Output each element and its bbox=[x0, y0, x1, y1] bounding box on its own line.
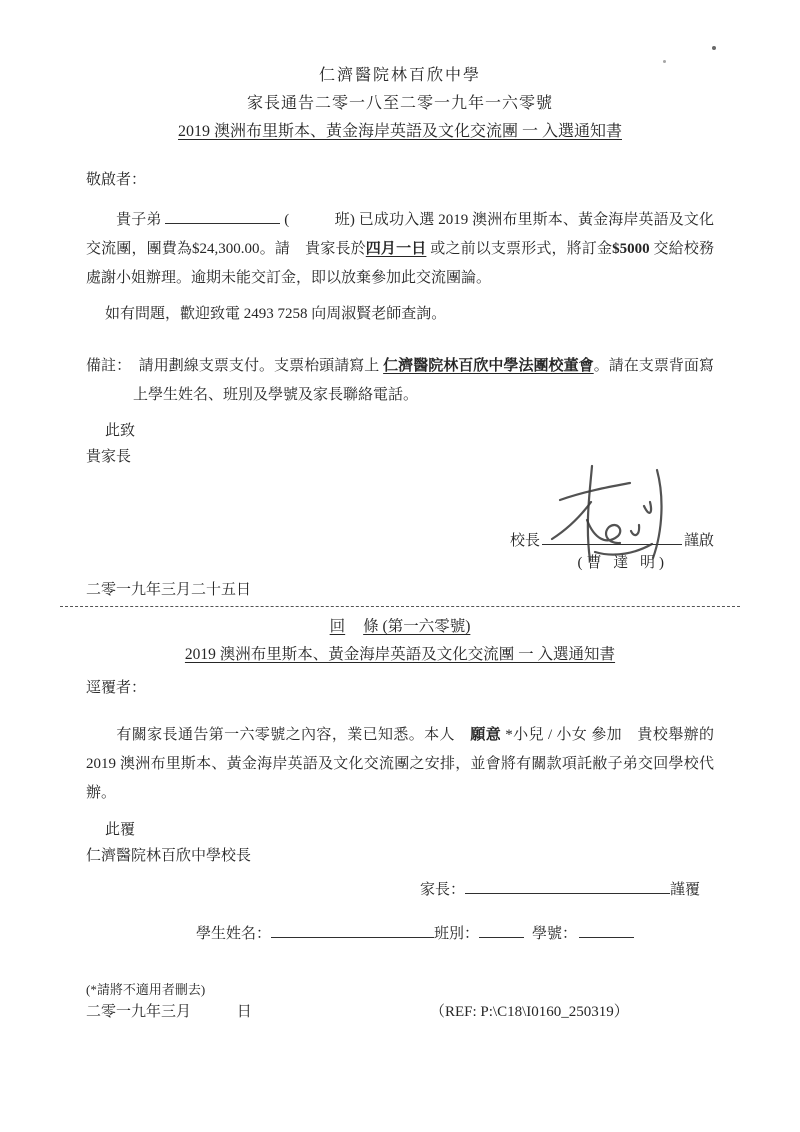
class-field-blank bbox=[479, 923, 524, 938]
para1-class-word: 班) bbox=[289, 212, 359, 228]
parent-signature-row: 家長： 謹覆 bbox=[86, 879, 700, 901]
closing-this-to: 此致 bbox=[86, 418, 714, 444]
student-info-row: 學生姓名： 班別： 學號： bbox=[196, 923, 714, 945]
reply-seg-a: 有關家長通告第一六零號之內容，業已知悉。本人 bbox=[116, 727, 470, 743]
school-name: 仁濟醫院林百欣中學 bbox=[86, 66, 714, 85]
reply-closing-block: 此覆 仁濟醫院林百欣中學校長 bbox=[86, 817, 714, 869]
principal-sign-off: 謹啟 bbox=[684, 531, 714, 551]
payment-deadline: 四月一日 bbox=[366, 241, 427, 257]
willing-word: 願意 bbox=[470, 727, 501, 743]
reply-date-prefix: 二零一九年三月 bbox=[86, 1004, 191, 1020]
enquiry-line: 如有問題，歡迎致電 2493 7258 向周淑賢老師查詢。 bbox=[86, 305, 714, 324]
remarks: 備註： 請用劃線支票支付。支票枱頭請寫上 仁濟醫院林百欣中學法團校董會。請在支票… bbox=[86, 352, 714, 410]
closing-recipient: 貴家長 bbox=[86, 444, 714, 470]
scan-speck bbox=[663, 60, 666, 63]
principal-handwritten-signature bbox=[540, 460, 690, 565]
principal-signature-line bbox=[542, 530, 682, 545]
notice-content: 仁濟醫院林百欣中學 家長通告二零一八至二零一九年一六零號 2019 澳洲布里斯本… bbox=[0, 0, 800, 1022]
reply-slip-title-text: 2019 澳洲布里斯本、黃金海岸英語及文化交流團 一 入選通知書 bbox=[185, 646, 615, 663]
closing-block: 此致 貴家長 bbox=[86, 418, 714, 470]
notice-title: 2019 澳洲布里斯本、黃金海岸英語及文化交流團 一 入選通知書 bbox=[86, 122, 714, 141]
reply-date-day: 日 bbox=[237, 1004, 252, 1020]
tear-line bbox=[60, 606, 740, 607]
parent-signature-blank bbox=[465, 879, 670, 894]
para1-seg-b: 或之前以支票形式，將訂金 bbox=[426, 241, 612, 257]
student-no-field-blank bbox=[579, 923, 634, 938]
reply-salutation: 逕覆者： bbox=[86, 679, 714, 698]
scan-speck bbox=[712, 46, 716, 50]
principal-signature-row: 校長 謹啟 bbox=[86, 530, 714, 551]
reply-recipient: 仁濟醫院林百欣中學校長 bbox=[86, 843, 714, 869]
notice-date: 二零一九年三月二十五日 bbox=[86, 581, 714, 600]
student-no-label: 學號： bbox=[532, 923, 577, 945]
remarks-seg-a: 請用劃線支票支付。支票枱頭請寫上 bbox=[139, 358, 383, 374]
para1-bracket: ( bbox=[280, 212, 289, 228]
reply-this-to: 此覆 bbox=[86, 817, 714, 843]
principal-label: 校長 bbox=[510, 531, 540, 551]
cheque-payee-name: 仁濟醫院林百欣中學法團校董會 bbox=[383, 358, 594, 374]
remarks-label: 備註： bbox=[86, 358, 139, 374]
reply-word-1: 回 bbox=[330, 618, 346, 635]
reply-word-2: 條 (第一六零號) bbox=[363, 618, 470, 635]
reply-slip-heading-text: 回條 (第一六零號) bbox=[330, 618, 471, 635]
notice-number-line: 家長通告二零一八至二零一九年一六零號 bbox=[86, 94, 714, 113]
notice-title-text: 2019 澳洲布里斯本、黃金海岸英語及文化交流團 一 入選通知書 bbox=[178, 123, 622, 140]
class-label: 班別： bbox=[434, 923, 479, 945]
reply-slip-heading: 回條 (第一六零號) bbox=[86, 617, 714, 637]
delete-inapplicable-footnote: (*請將不適用者刪去) bbox=[86, 981, 714, 998]
scanned-parent-notice: 仁濟醫院林百欣中學 家長通告二零一八至二零一九年一六零號 2019 澳洲布里斯本… bbox=[0, 0, 800, 1132]
student-name-label: 學生姓名： bbox=[196, 923, 271, 945]
student-name-blank bbox=[165, 209, 280, 224]
reply-slip-title: 2019 澳洲布里斯本、黃金海岸英語及文化交流團 一 入選通知書 bbox=[86, 645, 714, 665]
student-name-field-blank bbox=[271, 923, 434, 938]
parent-sign-off: 謹覆 bbox=[670, 879, 700, 901]
salutation: 敬啟者： bbox=[86, 171, 714, 190]
reply-date-row: 二零一九年三月 日 （REF: P:\C18\I0160_250319） bbox=[86, 1002, 714, 1022]
para1-lead: 貴子弟 bbox=[116, 212, 165, 228]
reply-paragraph: 有關家長通告第一六零號之內容，業已知悉。本人 願意 *小兒 / 小女 參加 貴校… bbox=[86, 721, 714, 808]
principal-name: (曹 達 明) bbox=[86, 553, 714, 573]
deposit-amount: $5000 bbox=[612, 241, 650, 257]
main-paragraph: 貴子弟 ( 班) 已成功入選 2019 澳洲布里斯本、黃金海岸英語及文化交流團，… bbox=[86, 206, 714, 293]
parent-label: 家長： bbox=[420, 879, 465, 901]
file-reference: （REF: P:\C18\I0160_250319） bbox=[430, 1002, 629, 1022]
